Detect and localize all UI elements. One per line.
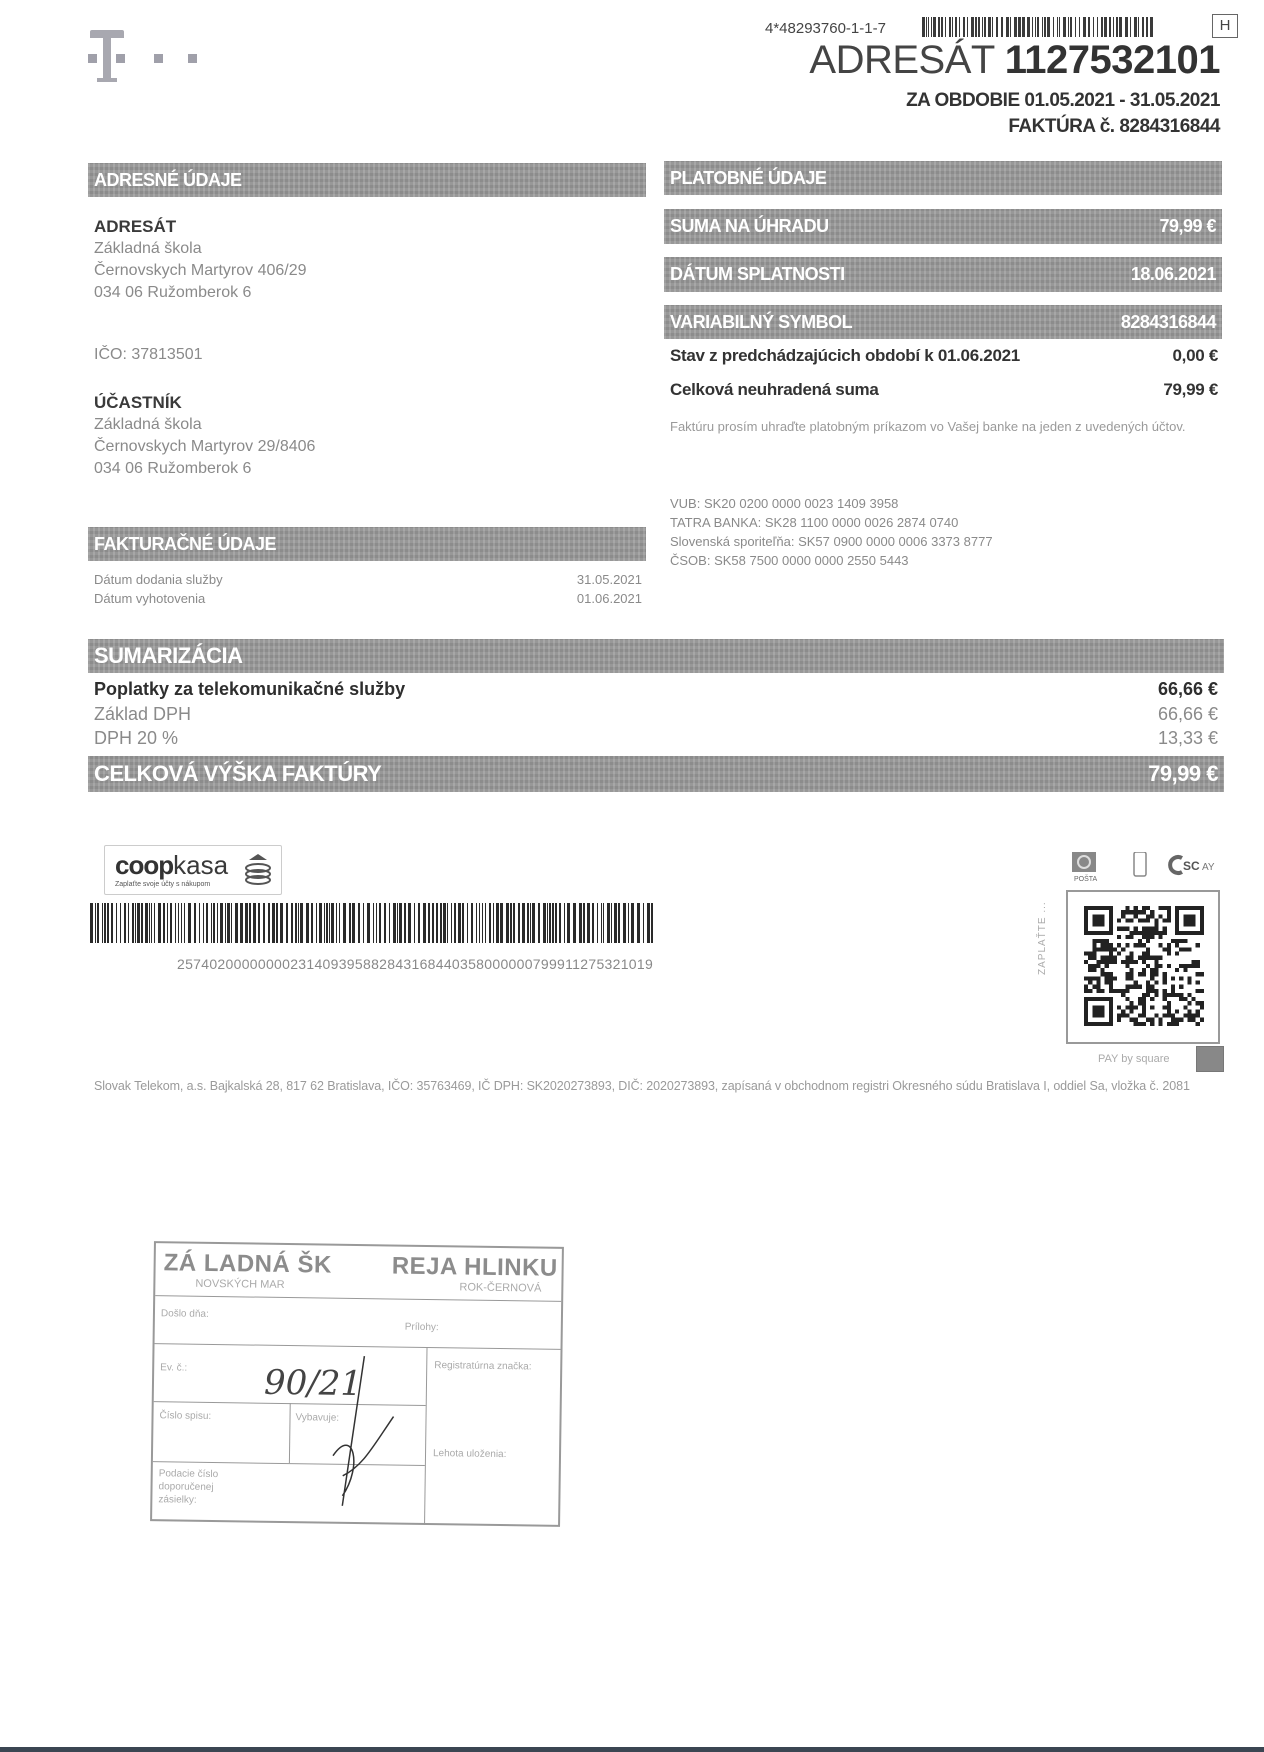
- billing-label: Dátum dodania služby: [94, 570, 223, 589]
- invoice-number: FAKTÚRA č. 8284316844: [1008, 116, 1220, 138]
- billing-period: ZA OBDOBIE 01.05.2021 - 31.05.2021: [906, 90, 1220, 112]
- header-barcode: [922, 17, 1186, 37]
- invoice-total-label: CELKOVÁ VÝŠKA FAKTÚRY: [88, 761, 381, 787]
- invoice-total-value: 79,99 €: [1148, 761, 1224, 787]
- ucastnik-line: Základná škola: [94, 414, 315, 436]
- coop-tagline: Zaplaťte svoje účty s nákupom: [115, 881, 210, 888]
- amount-due-bar: SUMA NA ÚHRADU 79,99 €: [664, 209, 1222, 244]
- billing-label: Dátum vyhotovenia: [94, 589, 205, 608]
- payment-channel-icons: POŠTA SC AY: [1070, 852, 1220, 882]
- billing-row: Dátum vyhotovenia 01.06.2021: [94, 589, 642, 608]
- stamp-label: Lehota uloženia:: [433, 1447, 507, 1461]
- summary-value: 66,66 €: [1158, 676, 1218, 702]
- bank-account: Slovenská sporiteľňa: SK57 0900 0000 000…: [670, 532, 993, 551]
- section-title: SUMARIZÁCIA: [88, 643, 243, 669]
- stamp-label: Registratúrna značka:: [434, 1359, 531, 1373]
- section-title: PLATOBNÉ ÚDAJE: [664, 168, 826, 189]
- pay-by-square-caption: PAY by square: [1098, 1053, 1170, 1065]
- telekom-logo: [88, 30, 208, 86]
- coins-icon: [243, 852, 273, 886]
- summary-label: Poplatky za telekomunikačné služby: [94, 676, 405, 702]
- variable-symbol-value: 8284316844: [1121, 312, 1222, 333]
- stamp-label: Prílohy:: [405, 1321, 439, 1334]
- stamp-label: Číslo spisu:: [159, 1409, 211, 1423]
- summary-label: Základ DPH: [94, 702, 191, 726]
- due-date-label: DÁTUM SPLATNOSTI: [664, 264, 845, 285]
- coop-brand: coopkasa: [115, 850, 228, 881]
- bank-account: VUB: SK20 0200 0000 0023 1409 3958: [670, 494, 993, 513]
- registry-stamp: ZÁ LADNÁ ŠKREJA HLINKU NOVSKÝCH MAR ROK-…: [150, 1241, 564, 1527]
- adresat-line: 034 06 Ružomberok 6: [94, 282, 307, 304]
- stamp-label: Došlo dňa:: [161, 1307, 209, 1321]
- payment-note: Faktúru prosím uhraďte platobným príkazo…: [670, 419, 1186, 434]
- total-unpaid-row: Celková neuhradená suma 79,99 €: [670, 380, 1218, 400]
- due-date-value: 18.06.2021: [1131, 264, 1222, 285]
- letter-box: H: [1212, 14, 1238, 38]
- svg-text:POŠTA: POŠTA: [1074, 874, 1098, 882]
- zaplatite-label: ZAPLAŤTE ...: [1037, 901, 1048, 975]
- billing-value: 31.05.2021: [577, 570, 642, 589]
- address-section-header: ADRESNÉ ÚDAJE: [88, 163, 646, 197]
- adresat-line: Černovskych Martyrov 406/29: [94, 260, 307, 282]
- barcode-number: 2574020000000023140939588284316844035800…: [177, 956, 653, 972]
- summary-row: DPH 20 % 13,33 €: [88, 726, 1224, 750]
- coop-kasa-logo: coopkasa Zaplaťte svoje účty s nákupom: [104, 845, 282, 895]
- billing-value: 01.06.2021: [577, 589, 642, 608]
- adresat-number: 1127532101: [1005, 38, 1220, 82]
- payment-barcode: [90, 903, 654, 943]
- pay-by-square-icon: [1196, 1046, 1224, 1072]
- total-unpaid-label: Celková neuhradená suma: [670, 380, 879, 400]
- ucastnik-line: 034 06 Ružomberok 6: [94, 458, 315, 480]
- summary-rows: Poplatky za telekomunikačné služby 66,66…: [88, 676, 1224, 750]
- sc-pay-icon: SC AY: [1170, 857, 1215, 873]
- summary-row: Základ DPH 66,66 €: [88, 702, 1224, 726]
- scan-edge: [0, 1747, 1264, 1752]
- amount-due-value: 79,99 €: [1159, 216, 1222, 237]
- adresat-label: ADRESÁT: [809, 38, 994, 82]
- adresat-line: Základná škola: [94, 238, 307, 260]
- svg-text:AY: AY: [1202, 862, 1215, 873]
- summary-header: SUMARIZÁCIA: [88, 639, 1224, 673]
- bank-account: TATRA BANKA: SK28 1100 0000 0026 2874 07…: [670, 513, 993, 532]
- summary-value: 13,33 €: [1158, 726, 1218, 750]
- ucastnik-block: ÚČASTNÍK Základná škola Černovskych Mart…: [94, 392, 315, 480]
- previous-balance-label: Stav z predchádzajúcich období k 01.06.2…: [670, 346, 1020, 366]
- ico: IČO: 37813501: [94, 344, 203, 366]
- billing-section-header: FAKTURAČNÉ ÚDAJE: [88, 527, 646, 561]
- bank-account: ČSOB: SK58 7500 0000 0000 2550 5443: [670, 551, 993, 570]
- variable-symbol-label: VARIABILNÝ SYMBOL: [664, 312, 852, 333]
- svg-text:SC: SC: [1183, 859, 1200, 873]
- section-title: ADRESNÉ ÚDAJE: [88, 170, 242, 191]
- stamp-label: Ev. č.:: [160, 1361, 187, 1374]
- stamp-subtitle-left: NOVSKÝCH MAR: [195, 1278, 284, 1291]
- adresat-heading: ADRESÁT: [94, 216, 307, 238]
- ucastnik-line: Černovskych Martyrov 29/8406: [94, 436, 315, 458]
- adresat-block: ADRESÁT Základná škola Černovskych Marty…: [94, 216, 307, 304]
- invoice-total-bar: CELKOVÁ VÝŠKA FAKTÚRY 79,99 €: [88, 756, 1224, 792]
- due-date-bar: DÁTUM SPLATNOSTI 18.06.2021: [664, 257, 1222, 292]
- previous-balance-value: 0,00 €: [1173, 346, 1218, 366]
- billing-row: Dátum dodania služby 31.05.2021: [94, 570, 642, 589]
- section-title: FAKTURAČNÉ ÚDAJE: [88, 534, 276, 555]
- variable-symbol-bar: VARIABILNÝ SYMBOL 8284316844: [664, 305, 1222, 339]
- adresat-id: ADRESÁT 1127532101: [809, 38, 1220, 83]
- company-footer: Slovak Telekom, a.s. Bajkalská 28, 817 6…: [94, 1079, 1190, 1093]
- ucastnik-heading: ÚČASTNÍK: [94, 392, 315, 414]
- summary-label: DPH 20 %: [94, 726, 178, 750]
- pay-by-square-qr-code[interactable]: [1084, 906, 1204, 1026]
- previous-balance-row: Stav z predchádzajúcich období k 01.06.2…: [670, 346, 1218, 366]
- stamp-label: Podacie číslo doporučenej zásielky:: [158, 1467, 249, 1507]
- mail-code: 4*48293760-1-1-7: [765, 20, 886, 37]
- billing-rows: Dátum dodania služby 31.05.2021 Dátum vy…: [94, 570, 642, 608]
- posta-icon: POŠTA: [1072, 852, 1098, 882]
- summary-value: 66,66 €: [1158, 702, 1218, 726]
- mobile-phone-icon: [1134, 852, 1146, 876]
- signature: [302, 1345, 414, 1517]
- total-unpaid-value: 79,99 €: [1163, 380, 1218, 400]
- amount-due-label: SUMA NA ÚHRADU: [664, 216, 829, 237]
- summary-row: Poplatky za telekomunikačné služby 66,66…: [88, 676, 1224, 702]
- stamp-subtitle-right: ROK-ČERNOVÁ: [459, 1281, 541, 1294]
- bank-accounts: VUB: SK20 0200 0000 0023 1409 3958 TATRA…: [670, 494, 993, 570]
- payment-section-header: PLATOBNÉ ÚDAJE: [664, 161, 1222, 195]
